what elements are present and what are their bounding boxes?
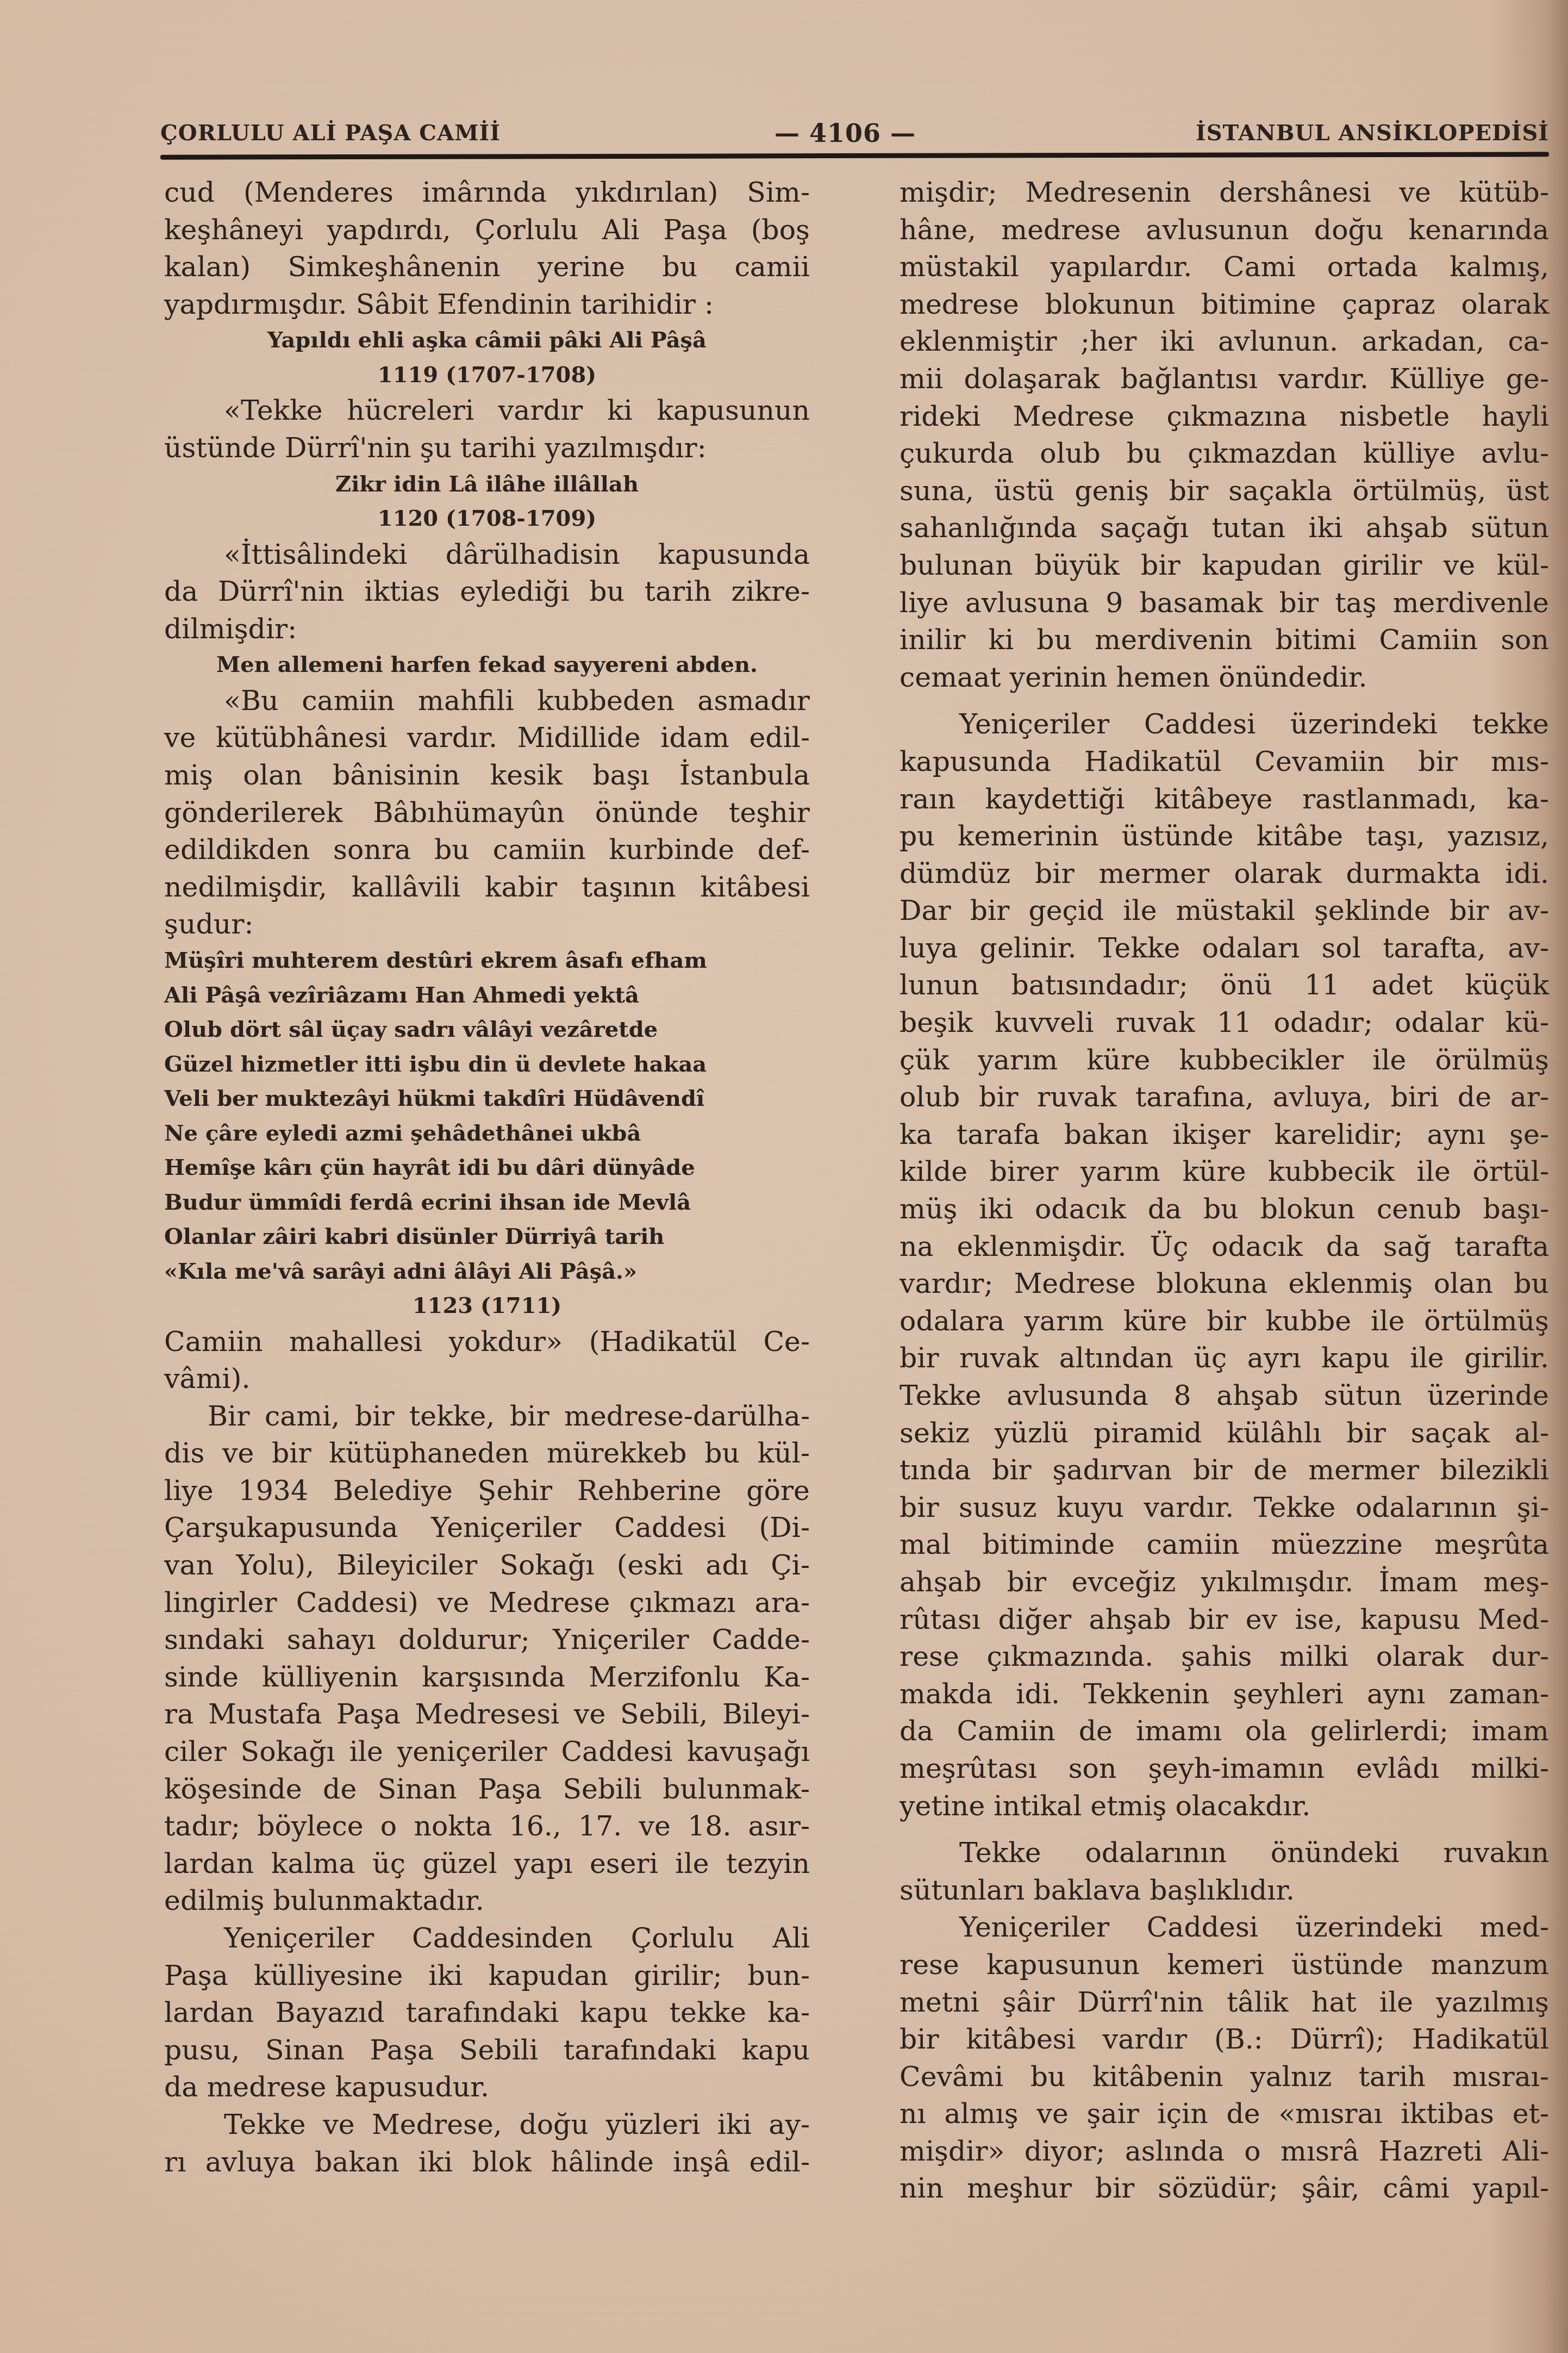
paragraph-start-line: «İttisâlindeki dârülhadisin kapusunda (164, 536, 810, 574)
text-line: lunun batısındadır; önü 11 adet küçük (899, 967, 1549, 1004)
text-line: rideki Medrese çıkmazına nisbetle hayli (899, 398, 1549, 435)
text-line: rı avluya bakan iki blok hâlinde inşâ ed… (164, 2144, 810, 2181)
text-line: çük yarım küre kubbecikler ile örülmüş (899, 1042, 1549, 1079)
text-line: yapdırmışdır. Sâbit Efendinin tarihidir … (164, 286, 810, 323)
inscription-verse-line: Yapıldı ehli aşka câmii pâki Ali Pâşâ (164, 323, 810, 358)
text-line: metni şâir Dürrî'nin tâlik hat ile yazıl… (899, 1984, 1549, 2021)
text-line: da Dürrî'nin iktias eylediği bu tarih zi… (164, 573, 810, 611)
text-line: Paşa külliyesine iki kapudan girilir; bu… (164, 1957, 810, 1995)
text-line: Dar bir geçid ile müstakil şeklinde bir … (899, 892, 1549, 930)
text-line: Tekke avlusunda 8 ahşab sütun üzerinde (899, 1377, 1549, 1415)
text-line: da medrese kapusudur. (164, 2069, 810, 2106)
paragraph-start-line: «Bu camiin mahfili kubbeden asmadır (164, 682, 810, 720)
text-line: liye avlusuna 9 basamak bir taş merdiven… (899, 584, 1549, 622)
text-line: lardan Bayazıd tarafındaki kapu tekke ka… (164, 1994, 810, 2032)
text-line: hâne, medrese avlusunun doğu kenarında (899, 211, 1549, 249)
text-line: sinde külliyenin karşısında Merzifonlu K… (164, 1659, 810, 1696)
text-line: dümdüz bir mermer olarak durmakta idi. (899, 855, 1549, 893)
header-rule (160, 152, 1549, 159)
right-column: mişdir; Medresenin dershânesi ve kütüb-h… (899, 174, 1549, 2207)
text-line: suna, üstü geniş bir saçakla örtülmüş, ü… (899, 472, 1549, 510)
text-line: müş iki odacık da bu blokun cenub başı- (899, 1191, 1549, 1228)
text-line: pusu, Sinan Paşa Sebili tarafındaki kapu (164, 2032, 810, 2069)
text-line: rese çıkmazında. şahis milki olarak dur- (899, 1638, 1549, 1676)
text-line: yetine intikal etmiş olacakdır. (899, 1788, 1549, 1825)
paragraph-start-line: Tekke ve Medrese, doğu yüzleri iki ay- (164, 2106, 810, 2144)
left-column: cud (Menderes imârında yıkdırılan) Sim-k… (164, 174, 810, 2181)
text-line: ve kütübhânesi vardır. Midillide idam ed… (164, 719, 810, 757)
text-line: sütunları baklava başlıklıdır. (899, 1872, 1549, 1909)
text-line: mii dolaşarak bağlantısı vardır. Külliye… (899, 360, 1549, 398)
inscription-verse-line: Veli ber muktezâyi hükmi takdîri Hüdâven… (164, 1081, 810, 1116)
text-line: rese kapusunun kemeri üstünde manzum (899, 1946, 1549, 1984)
text-line: ka tarafa bakan ikişer karelidir; aynı ş… (899, 1116, 1549, 1154)
text-line: bir kitâbesi vardır (B.: Dürrî); Hadikat… (899, 2021, 1549, 2058)
text-line: pu kemerinin üstünde kitâbe taşı, yazısı… (899, 818, 1549, 855)
inscription-verse-line: Hemîşe kârı çün hayrât idi bu dâri dünyâ… (164, 1150, 810, 1185)
inscription-verse-line: Ali Pâşâ vezîriâzamı Han Ahmedi yektâ (164, 978, 810, 1013)
text-line: eklenmiştir ;her iki avlunun. arkadan, c… (899, 323, 1549, 360)
inscription-verse-line: «Kıla me'vâ sarâyi adni âlâyi Ali Pâşâ.» (164, 1254, 810, 1289)
running-header: ÇORLULU ALİ PAŞA CAMİİ — 4106 — İSTANBUL… (160, 117, 1549, 150)
text-line: medrese blokunun bitimine çapraz olarak (899, 286, 1549, 323)
text-line: nin meşhur bir sözüdür; şâir, câmi yapıl… (899, 2170, 1549, 2207)
text-line: Cevâmi bu kitâbenin yalnız tarih mısraı- (899, 2058, 1549, 2096)
text-line: meşrûtası son şeyh-imamın evlâdı milki- (899, 1750, 1549, 1788)
text-line: van Yolu), Bileyiciler Sokağı (eski adı … (164, 1547, 810, 1584)
inscription-verse-line: Olub dört sâl üçay sadrı vâlâyi vezâretd… (164, 1012, 810, 1047)
text-line: luya gelinir. Tekke odaları sol tarafta,… (899, 930, 1549, 967)
text-line: bulunan büyük bir kapudan girilir ve kül… (899, 547, 1549, 584)
inscription-verse-line: 1120 (1708-1709) (164, 501, 810, 536)
inscription-verse-line: Budur ümmîdi ferdâ ecrini ihsan ide Mevl… (164, 1185, 810, 1220)
text-line: kilde birer yarım küre kubbecik ile örtü… (899, 1153, 1549, 1191)
text-line: na eklenmişdir. Üç odacık da sağ tarafta (899, 1228, 1549, 1266)
header-publication-title: İSTANBUL ANSİKLOPEDİSİ (1196, 117, 1549, 150)
text-line: edildikden sonra bu camiin kurbinde def- (164, 831, 810, 869)
scanned-page: ÇORLULU ALİ PAŞA CAMİİ — 4106 — İSTANBUL… (0, 0, 1568, 2353)
inscription-verse-line: Müşîri muhterem destûri ekrem âsafı efha… (164, 943, 810, 978)
inscription-verse-line: Zikr idin Lâ ilâhe illâllah (164, 467, 810, 502)
text-line: çukurda olub bu çıkmazdan külliye avlu- (899, 435, 1549, 472)
text-line: miş olan bânisinin kesik başı İstanbula (164, 757, 810, 794)
paragraph-start-line: Tekke odalarının önündeki ruvakın (899, 1834, 1549, 1872)
text-line: vâmi). (164, 1360, 810, 1398)
header-article-title: ÇORLULU ALİ PAŞA CAMİİ (160, 117, 501, 150)
text-line: bir ruvak altından üç ayrı kapu ile giri… (899, 1340, 1549, 1377)
text-line: beşik kuvveli ruvak 11 odadır; odalar kü… (899, 1004, 1549, 1042)
text-line: köşesinde de Sinan Paşa Sebili bulunmak- (164, 1771, 810, 1808)
paragraph-start-line: Yeniçeriler Caddesinden Çorlulu Ali (164, 1920, 810, 1957)
text-line: dilmişdir: (164, 611, 810, 648)
text-line: cemaat yerinin hemen önündedir. (899, 659, 1549, 696)
text-line: gönderilerek Bâbıhümayûn önünde teşhir (164, 794, 810, 832)
text-line: ciler Sokağı ile yeniçeriler Caddesi kav… (164, 1733, 810, 1771)
inscription-verse-line: Ne çâre eyledi azmi şehâdethânei ukbâ (164, 1116, 810, 1151)
text-line: dis ve bir kütüphaneden mürekkeb bu kül- (164, 1435, 810, 1472)
text-line: kapusunda Hadikatül Cevamiin bir mıs- (899, 743, 1549, 781)
text-line: kalan) Simkeşhânenin yerine bu camii (164, 248, 810, 286)
text-line: cud (Menderes imârında yıkdırılan) Sim- (164, 174, 810, 211)
text-line: mal bitiminde camiin müezzine meşrûta (899, 1526, 1549, 1564)
text-line: nedilmişdir, kallâvili kabir taşının kit… (164, 869, 810, 906)
text-line: Çarşukapusunda Yeniçeriler Caddesi (Di- (164, 1509, 810, 1547)
text-line: sındaki sahayı doldurur; Yniçeriler Cadd… (164, 1621, 810, 1659)
page-number: — 4106 — (774, 117, 916, 150)
text-line: odalara yarım küre bir kubbe ile örtülmü… (899, 1303, 1549, 1340)
paragraph-start-line: Bir cami, bir tekke, bir medrese-darülha… (164, 1398, 810, 1435)
text-line: raın kaydettiği kitâbeye rastlanmadı, ka… (899, 781, 1549, 818)
paragraph-start-line: Yeniçeriler Caddesi üzerindeki med- (899, 1909, 1549, 1946)
text-line: mişdir; Medresenin dershânesi ve kütüb- (899, 174, 1549, 211)
text-line: keşhâneyi yapdırdı, Çorlulu Ali Paşa (bo… (164, 211, 810, 249)
text-line: lardan kalma üç güzel yapı eseri ile tez… (164, 1845, 810, 1883)
text-line: bir susuz kuyu vardır. Tekke odalarının … (899, 1489, 1549, 1527)
text-line: tadır; böylece o nokta 16., 17. ve 18. a… (164, 1808, 810, 1845)
inscription-verse-line: 1119 (1707-1708) (164, 358, 810, 393)
inscription-verse-line: 1123 (1711) (164, 1288, 810, 1323)
text-line: ahşab bir evceğiz yıkılmışdır. İmam meş- (899, 1564, 1549, 1601)
text-line: makda idi. Tekkenin şeyhleri aynı zaman- (899, 1676, 1549, 1713)
text-line: müstakil yapılardır. Cami ortada kalmış, (899, 248, 1549, 286)
text-line: ra Mustafa Paşa Medresesi ve Sebili, Bil… (164, 1696, 810, 1733)
text-line: tında bir şadırvan bir de mermer bilezik… (899, 1452, 1549, 1489)
inscription-verse-line: Olanlar zâiri kabri disünler Dürriyâ tar… (164, 1219, 810, 1254)
text-line: şudur: (164, 906, 810, 943)
inscription-verse-line: Men allemeni harfen fekad sayyereni abde… (164, 648, 810, 682)
text-line: Camiin mahallesi yokdur» (Hadikatül Ce- (164, 1323, 810, 1361)
text-line: edilmiş bulunmaktadır. (164, 1882, 810, 1920)
text-line: üstünde Dürrî'nin şu tarihi yazılmışdır: (164, 429, 810, 467)
text-line: liye 1934 Belediye Şehir Rehberine göre (164, 1472, 810, 1510)
text-line: mişdir» diyor; aslında o mısrâ Hazreti A… (899, 2133, 1549, 2170)
text-line: vardır; Medrese blokuna eklenmiş olan bu (899, 1265, 1549, 1303)
text-line: olub bir ruvak tarafına, avluya, biri de… (899, 1079, 1549, 1116)
text-line: nı almış ve şair için de «mısraı iktibas… (899, 2095, 1549, 2133)
text-line: inilir ki bu merdivenin bitimi Camiin so… (899, 621, 1549, 659)
text-line: lingirler Caddesi) ve Medrese çıkmazı ar… (164, 1584, 810, 1622)
text-line: sekiz yüzlü piramid külâhlı bir saçak al… (899, 1415, 1549, 1452)
inscription-verse-line: Güzel hizmetler itti işbu din ü devlete … (164, 1047, 810, 1082)
text-line: da Camiin de imamı ola gelirlerdi; imam (899, 1713, 1549, 1750)
paragraph-start-line: «Tekke hücreleri vardır ki kapusunun (164, 392, 810, 429)
paragraph-start-line: Yeniçeriler Caddesi üzerindeki tekke (899, 706, 1549, 743)
text-line: rûtası diğer ahşab bir ev ise, kapusu Me… (899, 1601, 1549, 1639)
text-line: sahanlığında saçağı tutan iki ahşab sütu… (899, 509, 1549, 547)
